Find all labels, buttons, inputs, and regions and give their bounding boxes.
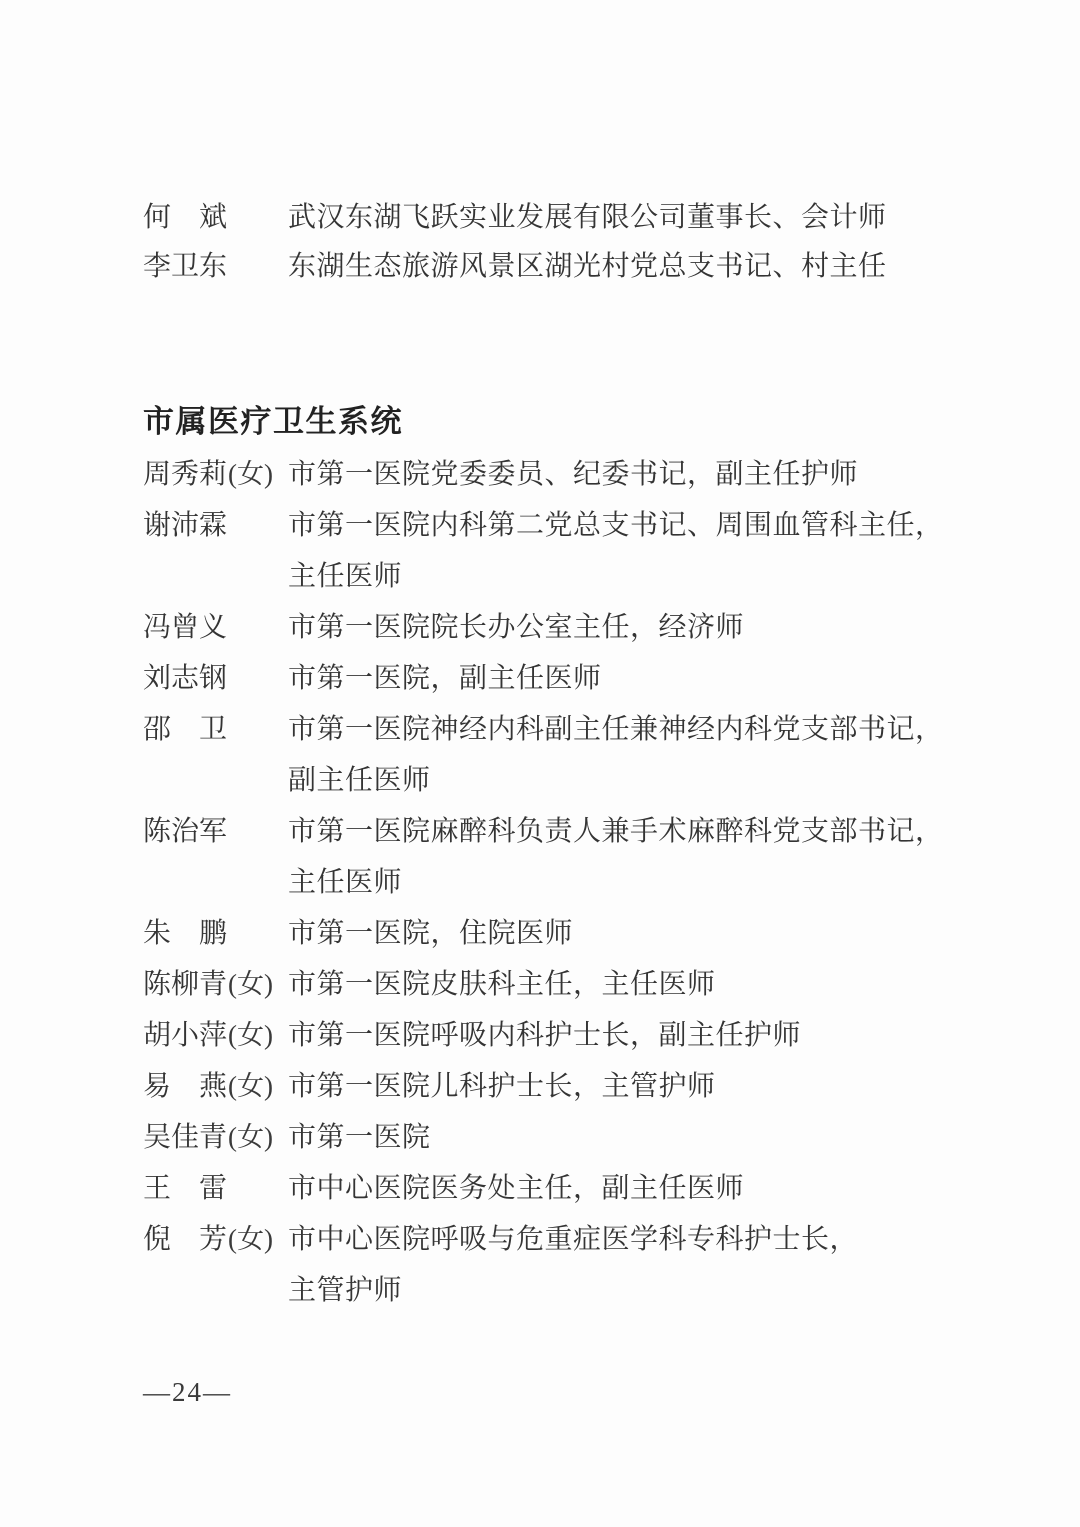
title-line: 市第一医院院长办公室主任，经济师 (288, 602, 744, 653)
person-title: 市第一医院院长办公室主任，经济师 (288, 602, 744, 653)
person-name: 何斌 (143, 193, 227, 242)
name-char: 钢 (199, 653, 227, 704)
title-line: 市第一医院，住院医师 (288, 908, 573, 959)
person-title: 东湖生态旅游风景区湖光村党总支书记、村主任 (288, 242, 887, 291)
name-char: 吴 (143, 1112, 171, 1163)
name-char: 李 (143, 242, 171, 291)
person-name-cell: 邵卫 (143, 704, 288, 755)
name-char: 青 (199, 959, 227, 1010)
person-entry: 王雷 市中心医院医务处主任，副主任医师 (143, 1163, 1030, 1214)
title-line: 武汉东湖飞跃实业发展有限公司董事长、会计师 (288, 193, 887, 242)
person-name: 倪芳 (143, 1214, 227, 1265)
person-name-cell: 周秀莉 (女) (143, 449, 288, 500)
title-line: 主任医师 (288, 857, 944, 908)
name-char: 雷 (199, 1163, 227, 1214)
person-name: 邵卫 (143, 704, 227, 755)
name-char: 曾 (171, 602, 199, 653)
title-line: 市第一医院 (288, 1112, 431, 1163)
person-name-cell: 倪芳 (女) (143, 1214, 288, 1265)
person-entry: 陈柳青 (女) 市第一医院皮肤科主任，主任医师 (143, 959, 1030, 1010)
person-name: 王雷 (143, 1163, 227, 1214)
name-char: 刘 (143, 653, 171, 704)
person-title: 市第一医院党委委员、纪委书记，副主任护师 (288, 449, 858, 500)
person-name-cell: 朱鹏 (143, 908, 288, 959)
person-name: 朱鹏 (143, 908, 227, 959)
name-char: 卫 (171, 242, 199, 291)
person-name: 易燕 (143, 1061, 227, 1112)
name-char: 萍 (199, 1010, 227, 1061)
section-title: 市属医疗卫生系统 (143, 397, 1030, 447)
name-char: 朱 (143, 908, 171, 959)
person-name: 刘志钢 (143, 653, 227, 704)
person-name-cell: 刘志钢 (143, 653, 288, 704)
gender-note: (女) (228, 1214, 273, 1265)
title-line: 副主任医师 (288, 755, 944, 806)
name-char: 柳 (171, 959, 199, 1010)
name-char: 何 (143, 193, 171, 242)
person-name-cell: 冯曾义 (143, 602, 288, 653)
person-name-cell: 陈柳青 (女) (143, 959, 288, 1010)
name-char: 卫 (199, 704, 227, 755)
person-entry: 何斌 武汉东湖飞跃实业发展有限公司董事长、会计师 (143, 193, 1030, 242)
person-name-cell: 易燕 (女) (143, 1061, 288, 1112)
person-name: 胡小萍 (143, 1010, 227, 1061)
person-name: 吴佳青 (143, 1112, 227, 1163)
person-name-cell: 陈治军 (143, 806, 288, 857)
title-line: 市第一医院皮肤科主任，主任医师 (288, 959, 716, 1010)
name-char: 冯 (143, 602, 171, 653)
person-entry: 周秀莉 (女) 市第一医院党委委员、纪委书记，副主任护师 (143, 449, 1030, 500)
name-char: 芳 (199, 1214, 227, 1265)
person-title: 市中心医院医务处主任，副主任医师 (288, 1163, 744, 1214)
person-title: 市第一医院儿科护士长，主管护师 (288, 1061, 716, 1112)
title-line: 市第一医院，副主任医师 (288, 653, 602, 704)
person-entry: 刘志钢 市第一医院，副主任医师 (143, 653, 1030, 704)
person-entry: 李卫东 东湖生态旅游风景区湖光村党总支书记、村主任 (143, 242, 1030, 291)
person-entry: 朱鹏 市第一医院，住院医师 (143, 908, 1030, 959)
person-entry: 胡小萍 (女) 市第一医院呼吸内科护士长，副主任护师 (143, 1010, 1030, 1061)
name-char: 鹏 (199, 908, 227, 959)
person-title: 市第一医院 (288, 1112, 431, 1163)
title-line: 主任医师 (288, 551, 944, 602)
name-char: 陈 (143, 959, 171, 1010)
name-char: 志 (171, 653, 199, 704)
name-char: 霖 (199, 500, 227, 551)
name-char: 小 (171, 1010, 199, 1061)
medical-system-entries: 周秀莉 (女) 市第一医院党委委员、纪委书记，副主任护师 谢沛霖 市第一医院内科… (143, 449, 1030, 1316)
person-entry: 邵卫 市第一医院神经内科副主任兼神经内科党支部书记，副主任医师 (143, 704, 1030, 806)
name-char: 青 (199, 1112, 227, 1163)
name-char: 陈 (143, 806, 171, 857)
gender-note: (女) (228, 1010, 273, 1061)
name-char: 易 (143, 1061, 171, 1112)
title-line: 市第一医院神经内科副主任兼神经内科党支部书记， (288, 704, 944, 755)
person-title: 武汉东湖飞跃实业发展有限公司董事长、会计师 (288, 193, 887, 242)
name-char: 秀 (171, 449, 199, 500)
person-title: 市第一医院皮肤科主任，主任医师 (288, 959, 716, 1010)
gender-note: (女) (228, 1061, 273, 1112)
title-line: 东湖生态旅游风景区湖光村党总支书记、村主任 (288, 242, 887, 291)
name-char: 谢 (143, 500, 171, 551)
page-number: —24— (143, 1372, 232, 1412)
person-title: 市中心医院呼吸与危重症医学科专科护士长，主管护师 (288, 1214, 858, 1316)
person-name: 周秀莉 (143, 449, 227, 500)
person-entry: 冯曾义 市第一医院院长办公室主任，经济师 (143, 602, 1030, 653)
title-line: 主管护师 (288, 1265, 858, 1316)
previous-section-entries: 何斌 武汉东湖飞跃实业发展有限公司董事长、会计师 李卫东 东湖生态旅游风景区湖光… (143, 193, 1030, 291)
person-name: 李卫东 (143, 242, 227, 291)
person-name-cell: 李卫东 (143, 242, 288, 291)
name-char: 邵 (143, 704, 171, 755)
person-name-cell: 王雷 (143, 1163, 288, 1214)
name-char: 燕 (199, 1061, 227, 1112)
name-char: 莉 (199, 449, 227, 500)
person-name: 谢沛霖 (143, 500, 227, 551)
title-line: 市第一医院麻醉科负责人兼手术麻醉科党支部书记， (288, 806, 944, 857)
gender-note: (女) (228, 1112, 273, 1163)
title-line: 市中心医院呼吸与危重症医学科专科护士长， (288, 1214, 858, 1265)
person-name: 陈柳青 (143, 959, 227, 1010)
document-page: 何斌 武汉东湖飞跃实业发展有限公司董事长、会计师 李卫东 东湖生态旅游风景区湖光… (0, 0, 1080, 1527)
person-entry: 陈治军 市第一医院麻醉科负责人兼手术麻醉科党支部书记，主任医师 (143, 806, 1030, 908)
name-char: 周 (143, 449, 171, 500)
name-char: 王 (143, 1163, 171, 1214)
title-line: 市第一医院党委委员、纪委书记，副主任护师 (288, 449, 858, 500)
title-line: 市第一医院儿科护士长，主管护师 (288, 1061, 716, 1112)
person-name-cell: 何斌 (143, 193, 288, 242)
person-entry: 倪芳 (女) 市中心医院呼吸与危重症医学科专科护士长，主管护师 (143, 1214, 1030, 1316)
document-content: 何斌 武汉东湖飞跃实业发展有限公司董事长、会计师 李卫东 东湖生态旅游风景区湖光… (0, 0, 1080, 1316)
person-entry: 易燕 (女) 市第一医院儿科护士长，主管护师 (143, 1061, 1030, 1112)
name-char: 东 (199, 242, 227, 291)
person-name-cell: 胡小萍 (女) (143, 1010, 288, 1061)
title-line: 市第一医院呼吸内科护士长，副主任护师 (288, 1010, 801, 1061)
name-char: 斌 (199, 193, 227, 242)
person-title: 市第一医院内科第二党总支书记、周围血管科主任，主任医师 (288, 500, 944, 602)
person-title: 市第一医院，副主任医师 (288, 653, 602, 704)
gender-note: (女) (228, 959, 273, 1010)
person-name-cell: 吴佳青 (女) (143, 1112, 288, 1163)
title-line: 市中心医院医务处主任，副主任医师 (288, 1163, 744, 1214)
name-char: 义 (199, 602, 227, 653)
person-title: 市第一医院，住院医师 (288, 908, 573, 959)
name-char: 佳 (171, 1112, 199, 1163)
person-title: 市第一医院神经内科副主任兼神经内科党支部书记，副主任医师 (288, 704, 944, 806)
name-char: 胡 (143, 1010, 171, 1061)
name-char: 倪 (143, 1214, 171, 1265)
person-name: 冯曾义 (143, 602, 227, 653)
person-entry: 吴佳青 (女) 市第一医院 (143, 1112, 1030, 1163)
person-entry: 谢沛霖 市第一医院内科第二党总支书记、周围血管科主任，主任医师 (143, 500, 1030, 602)
gender-note: (女) (228, 449, 273, 500)
title-line: 市第一医院内科第二党总支书记、周围血管科主任， (288, 500, 944, 551)
person-name-cell: 谢沛霖 (143, 500, 288, 551)
person-name: 陈治军 (143, 806, 227, 857)
name-char: 军 (199, 806, 227, 857)
name-char: 治 (171, 806, 199, 857)
person-title: 市第一医院呼吸内科护士长，副主任护师 (288, 1010, 801, 1061)
person-title: 市第一医院麻醉科负责人兼手术麻醉科党支部书记，主任医师 (288, 806, 944, 908)
name-char: 沛 (171, 500, 199, 551)
